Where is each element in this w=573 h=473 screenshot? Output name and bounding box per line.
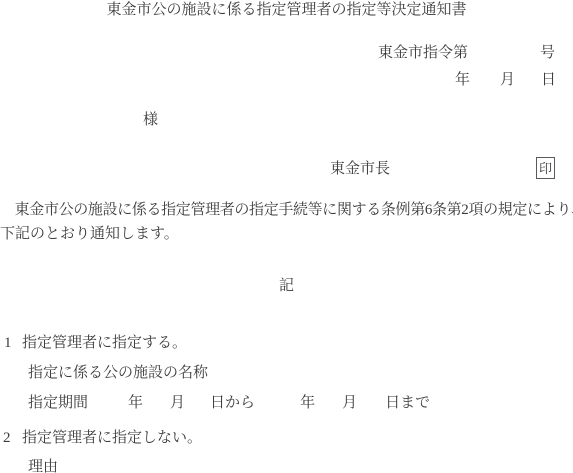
directive-number-line: 東金市指令第号 — [378, 45, 555, 61]
period-to-day-label: 日まで — [385, 395, 430, 411]
designation-period-line: 指定期間年月日から年月日まで — [28, 395, 430, 411]
period-from-month-label: 月 — [170, 395, 185, 411]
directive-prefix: 東金市指令第 — [378, 45, 468, 61]
seal-box: 印 — [536, 157, 555, 179]
item-2-number: 2 — [3, 430, 11, 446]
period-from-month-blank — [143, 406, 170, 407]
period-to-month-blank — [315, 406, 342, 407]
period-from-day-blank — [185, 406, 210, 407]
period-from-year-label: 年 — [128, 395, 143, 411]
date-day-label: 日 — [541, 72, 556, 88]
reason-label: 理由 — [28, 459, 58, 473]
facility-name-label: 指定に係る公の施設の名称 — [28, 365, 208, 381]
directive-number-blank — [468, 56, 540, 57]
period-to-year-blank — [255, 406, 300, 407]
record-heading: 記 — [0, 278, 573, 294]
item-1-number: 1 — [4, 335, 12, 351]
date-month-label: 月 — [500, 72, 515, 88]
period-from-day-label: 日から — [210, 395, 255, 411]
period-to-month-label: 月 — [342, 395, 357, 411]
date-year-label: 年 — [455, 72, 470, 88]
date-year-blank — [470, 83, 500, 84]
document-page: 東金市公の施設に係る指定管理者の指定等決定通知書 東金市指令第号 年月日 様 東… — [0, 0, 573, 473]
item-2-text: 指定管理者に指定しない。 — [22, 430, 202, 446]
seal-mark: 印 — [539, 161, 552, 176]
date-line: 年月日 — [455, 72, 556, 88]
period-to-day-blank — [357, 406, 385, 407]
period-label: 指定期間 — [28, 395, 88, 411]
addressee-honorific: 様 — [143, 112, 158, 128]
period-from-year-blank — [88, 406, 128, 407]
sender-title: 東金市長 — [330, 161, 390, 177]
item-1-text: 指定管理者に指定する。 — [22, 335, 187, 351]
document-title: 東金市公の施設に係る指定管理者の指定等決定通知書 — [0, 2, 573, 18]
body-paragraph-line-2: 下記のとおり通知します。 — [0, 226, 179, 242]
period-to-year-label: 年 — [300, 395, 315, 411]
directive-suffix: 号 — [540, 45, 555, 61]
body-paragraph-line-1: 東金市公の施設に係る指定管理者の指定手続等に関する条例第6条第2項の規定により、 — [0, 202, 573, 218]
date-month-blank — [515, 83, 541, 84]
